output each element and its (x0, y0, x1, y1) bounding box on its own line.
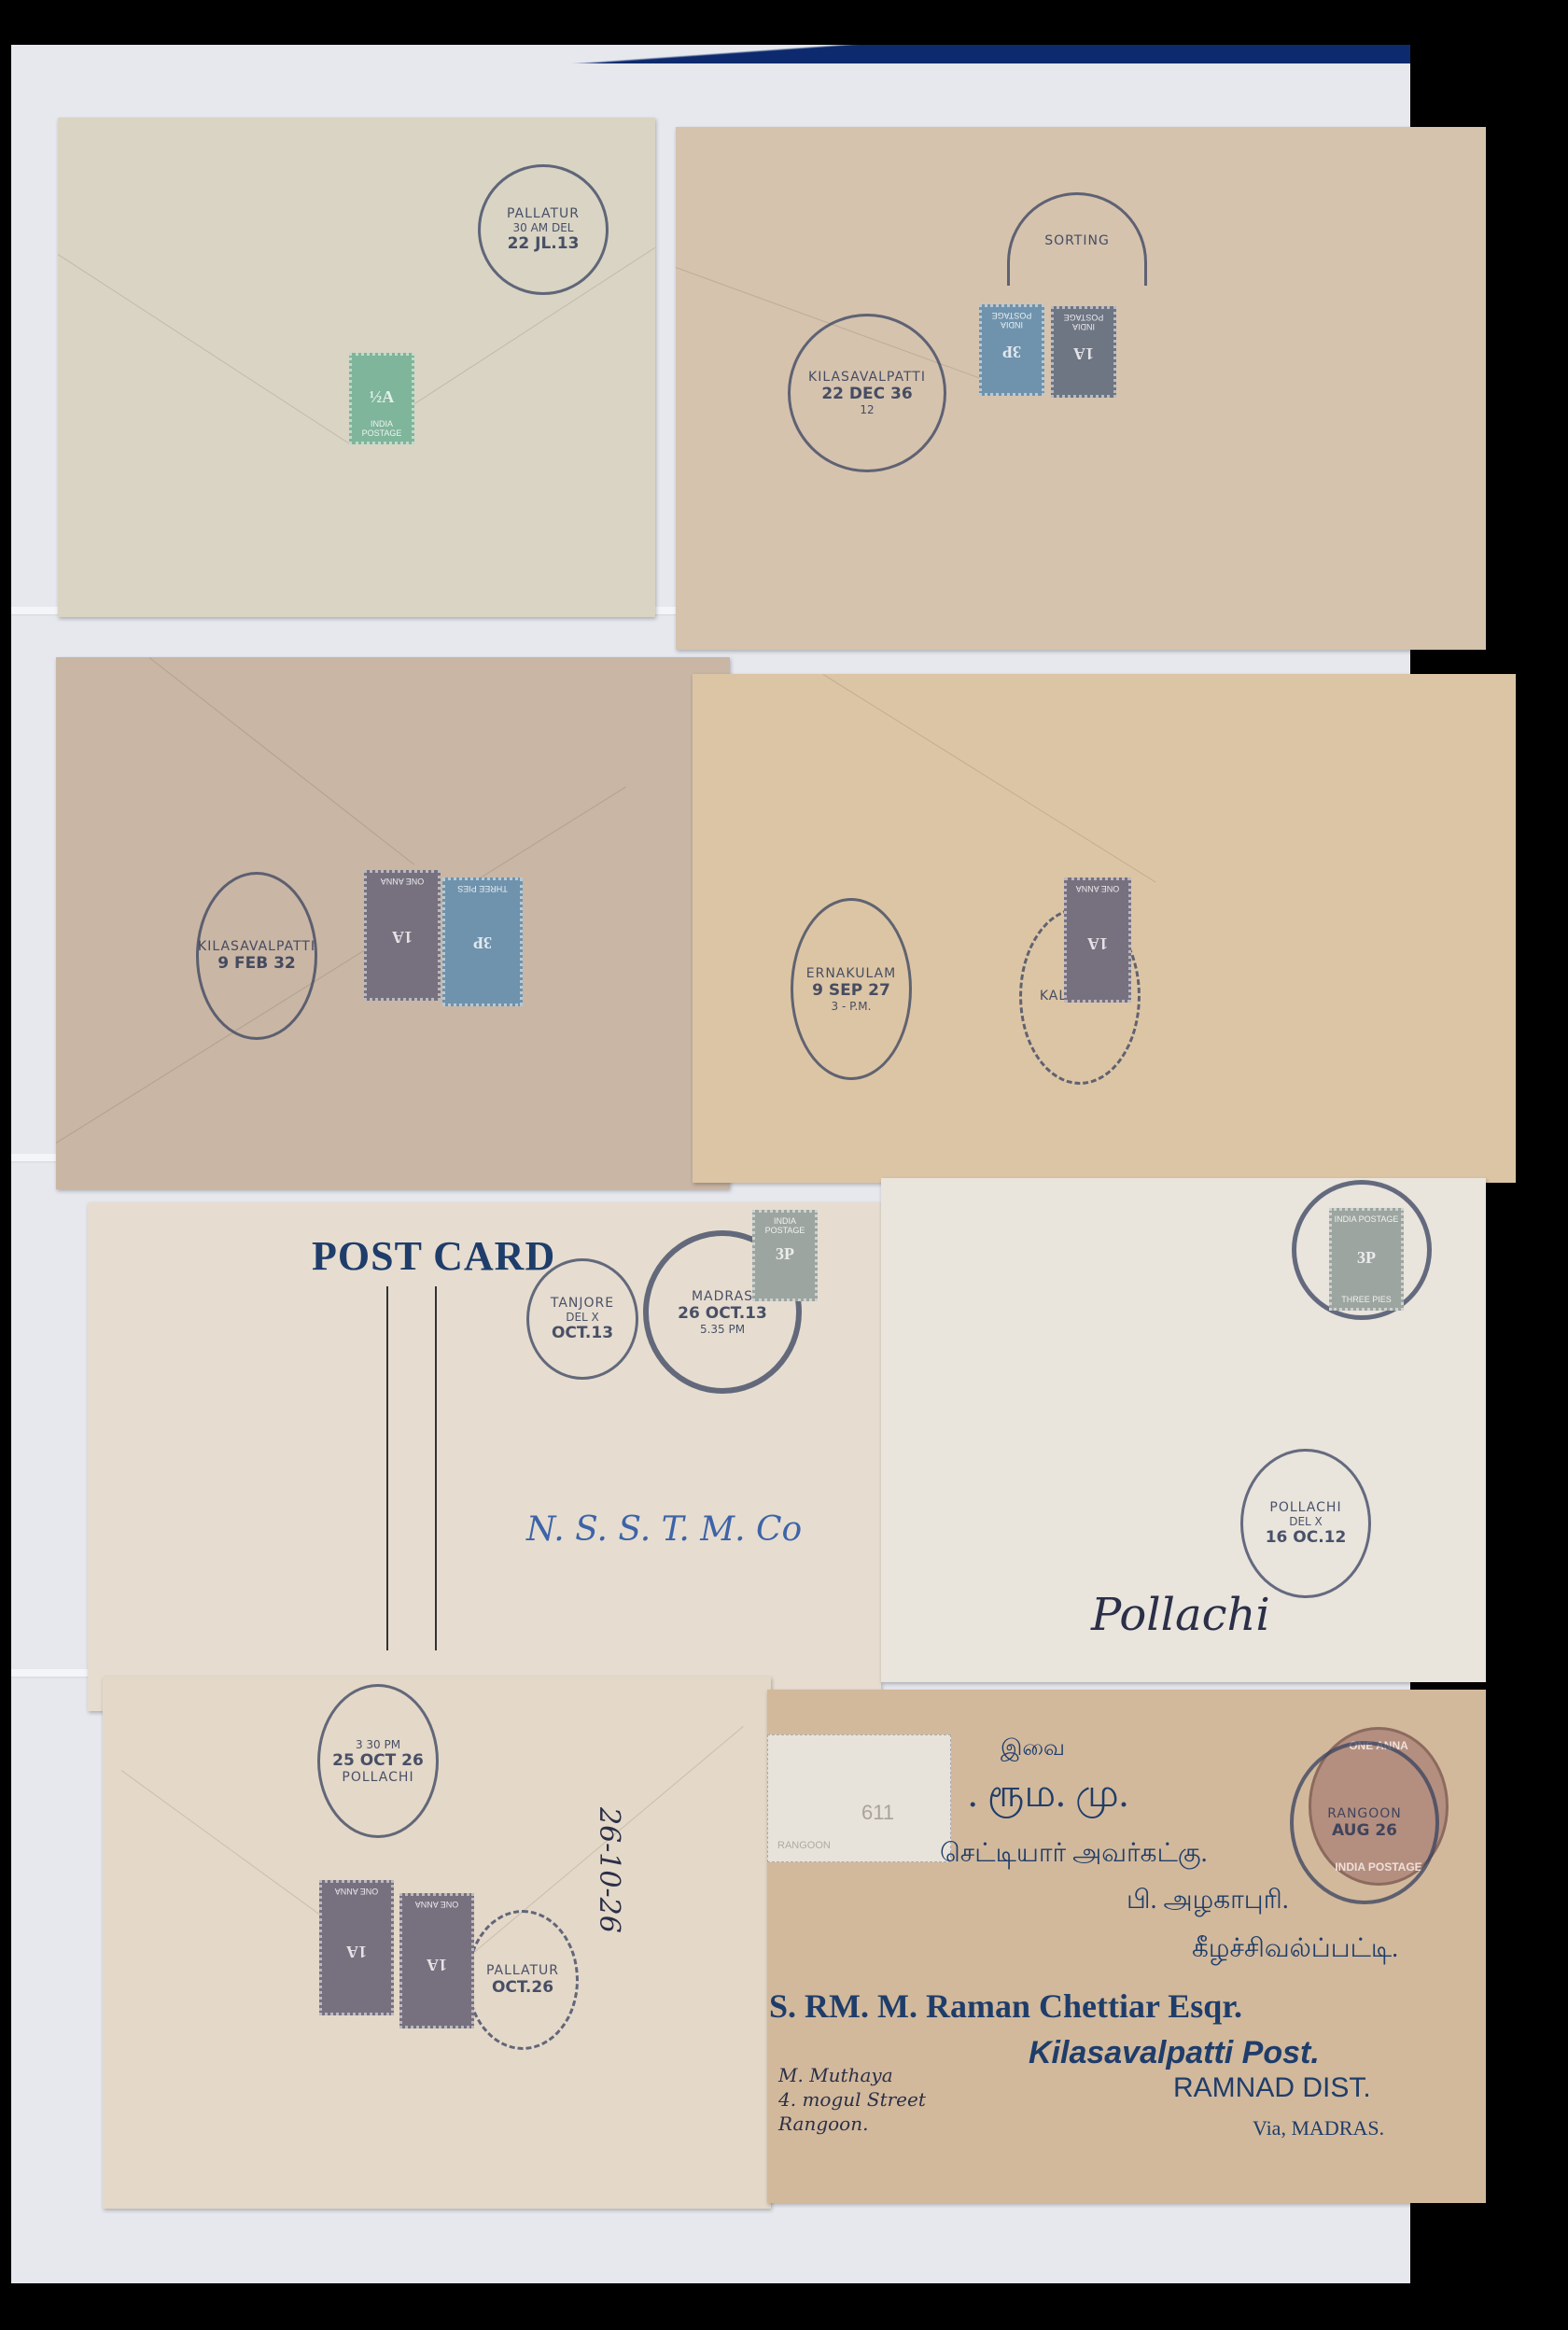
stamp: 3P INDIA POSTAGE (752, 1210, 818, 1301)
postmark: PALLATUR 30 AM DEL 22 JL.13 (478, 164, 609, 295)
handwritten-date: 26-10-26 (593, 1807, 625, 1933)
postmark: KILASAVALPATTI 9 FEB 32 (196, 872, 317, 1040)
cover-2[interactable]: SORTING KILASAVALPATTI 22 DEC 36 12 3P I… (676, 127, 1486, 650)
tamil-line: கீழச்சிவல்ப்பட்டி. (1192, 1934, 1398, 1967)
postmark: RANGOON AUG 26 (1290, 1741, 1439, 1904)
handwritten-town: Pollachi (1091, 1589, 1270, 1641)
postmark: ERNAKULAM 9 SEP 27 3 - P.M. (791, 898, 912, 1080)
postmark: KILASAVALPATTI 22 DEC 36 12 (788, 314, 946, 472)
stamp: 1A ONE ANNA (1064, 877, 1131, 1003)
stamp: 3P INDIA POSTAGE THREE PIES (1329, 1208, 1404, 1311)
tamil-line: இவை (1001, 1736, 1065, 1763)
envelope-flap (149, 657, 414, 864)
postmark: TANJORE DEL X OCT.13 (526, 1258, 638, 1380)
tamil-print-box (386, 1286, 437, 1650)
tamil-line: செட்டியார் அவர்கட்கு. (940, 1839, 1208, 1872)
postcard-1[interactable]: POST CARD TANJORE DEL X OCT.13 MADRAS 26… (88, 1202, 881, 1711)
postcard-2[interactable]: MADRAS 3P INDIA POSTAGE THREE PIES POLLA… (881, 1178, 1486, 1682)
postmark: PALLATUR OCT.26 (467, 1910, 579, 2050)
cover-3[interactable]: KILASAVALPATTI 9 FEB 32 1A ONE ANNA 3P T… (56, 657, 730, 1189)
address-line: RAMNAD DIST. (1173, 2072, 1371, 2104)
envelope-flap (58, 230, 350, 444)
sender-address: M. Muthaya 4. mogul Street Rangoon. (778, 2063, 926, 2136)
postmark: 3 30 PM 25 OCT 26 POLLACHI (317, 1684, 439, 1838)
postmark: SORTING (1007, 192, 1147, 286)
cover-4[interactable]: ERNAKULAM 9 SEP 27 3 - P.M. KALLADEVI 1A… (693, 674, 1516, 1183)
address-line: Kilasavalpatti Post. (1029, 2035, 1320, 2071)
stamp: 1A INDIA POSTAGE (1051, 306, 1116, 398)
stamp: 3P INDIA POSTAGE (979, 304, 1044, 396)
handwritten-address: N. S. S. T. M. Co (526, 1510, 802, 1549)
stamp: 3P THREE PIES (442, 877, 523, 1006)
envelope-flap (823, 674, 1156, 882)
postcard-heading: POST CARD (312, 1232, 555, 1280)
stamp: ½A INDIA POSTAGE (349, 353, 414, 444)
album-binding-band (273, 45, 1410, 63)
cover-5[interactable]: 3 30 PM 25 OCT 26 POLLACHI PALLATUR OCT.… (103, 1677, 771, 2209)
envelope-flap (56, 787, 626, 1144)
registration-label: 611 RANGOON (767, 1734, 951, 1862)
cover-1[interactable]: PALLATUR 30 AM DEL 22 JL.13 ½A INDIA POS… (58, 118, 655, 617)
stamp: 1A ONE ANNA (364, 870, 441, 1001)
stamp: 1A ONE ANNA (399, 1893, 474, 2028)
postmark: POLLACHI DEL X 16 OC.12 (1240, 1449, 1371, 1598)
tamil-line: பி. அழகாபுரி. (1127, 1886, 1289, 1918)
stamp: 1A ONE ANNA (319, 1880, 394, 2015)
address-line: S. RM. M. Raman Chettiar Esqr. (769, 1986, 1242, 2026)
stationery-envelope[interactable]: 611 RANGOON ONE ANNA INDIA POSTAGE RANGO… (767, 1690, 1486, 2203)
address-line: Via, MADRAS. (1253, 2116, 1384, 2141)
tamil-line: . ரூம. மு. (968, 1772, 1128, 1821)
